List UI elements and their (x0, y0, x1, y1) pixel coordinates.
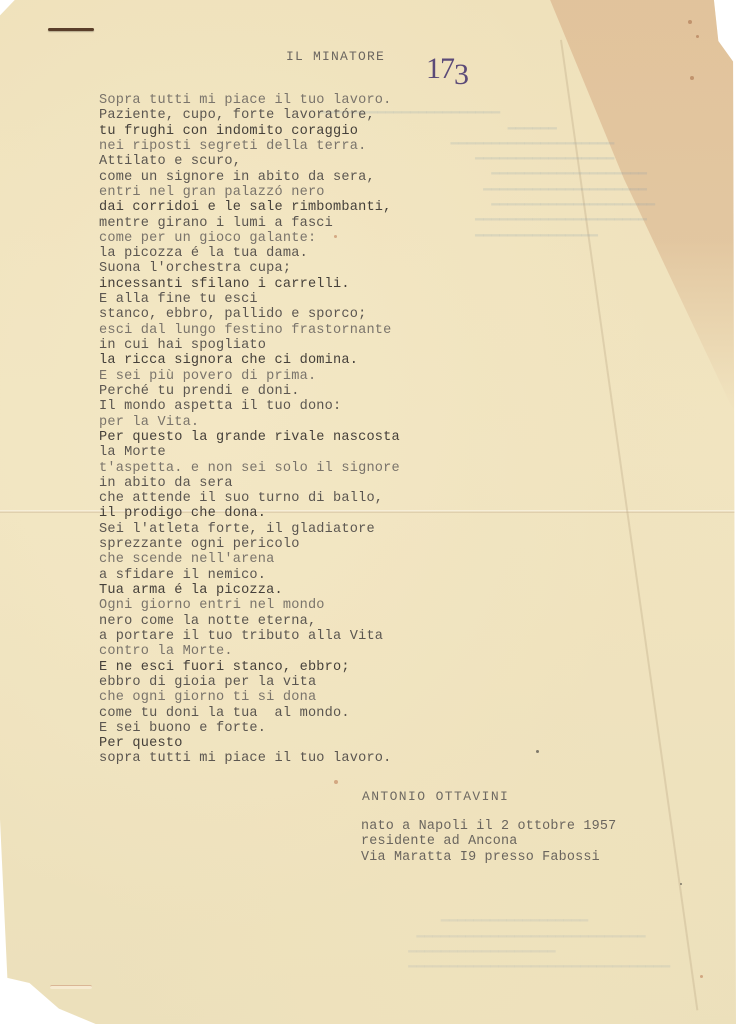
poem-line: Tua arma é la picozza. (99, 583, 400, 598)
stain-speck (696, 35, 699, 38)
poem-line: a portare il tuo tributo alla Vita (99, 629, 400, 644)
water-stain (520, 0, 736, 410)
ink-speck (334, 235, 337, 238)
poem-line: per la Vita. (99, 415, 400, 430)
poem-line: E sei buono e forte. (99, 721, 400, 736)
poem-line: Il mondo aspetta il tuo dono: (99, 399, 400, 414)
staple-mark-top (48, 28, 94, 31)
page-number-digits: 173 (426, 52, 468, 91)
poem-line: Attilato e scuro, (99, 154, 400, 169)
poem-line: come tu doni la tua al mondo. (99, 706, 400, 721)
poem-line: che ogni giorno ti si dona (99, 690, 400, 705)
page-number-stamp: 173 (426, 52, 468, 86)
poem-line: ebbro di gioia per la vita (99, 675, 400, 690)
ink-speck (700, 975, 703, 978)
poem-line: esci dal lungo festino frastornante (99, 323, 400, 338)
poem-line: Per questo (99, 736, 400, 751)
poem-line: nei riposti segreti della terra. (99, 139, 400, 154)
poem-line: Sei l'atleta forte, il gladiatore (99, 522, 400, 537)
poem-line: Ogni giorno entri nel mondo (99, 598, 400, 613)
poem-line: sprezzante ogni pericolo (99, 537, 400, 552)
poem-line: la ricca signora che ci domina. (99, 353, 400, 368)
poem-line: E alla fine tu esci (99, 292, 400, 307)
ink-speck (334, 780, 338, 784)
poem-line: che scende nell'arena (99, 552, 400, 567)
poem-line: a sfidare il nemico. (99, 568, 400, 583)
poem-line: E sei più povero di prima. (99, 369, 400, 384)
poem-line: la picozza é la tua dama. (99, 246, 400, 261)
bleed-through-text: ━━━━━━━━━━━━━━━━━━ ━━━━━━━━━━━━━━━━━━━━━… (400, 900, 670, 976)
poem-line: incessanti sfilano i carrelli. (99, 277, 400, 292)
author-detail-line: Via Maratta I9 presso Fabossi (361, 850, 616, 865)
poem-line: Per questo la grande rivale nascosta (99, 430, 400, 445)
poem-body: Sopra tutti mi piace il tuo lavoro.Pazie… (99, 93, 400, 767)
poem-line: E ne esci fuori stanco, ebbro; (99, 660, 400, 675)
author-detail-line: residente ad Ancona (361, 834, 616, 849)
stain-speck (688, 20, 692, 24)
poem-line: tu frughi con indomito coraggio (99, 124, 400, 139)
poem-line: come per un gioco galante: (99, 231, 400, 246)
poem-line: stanco, ebbro, pallido e sporco; (99, 307, 400, 322)
poem-line: in cui hai spogliato (99, 338, 400, 353)
stain-speck (690, 76, 694, 80)
poem-line: in abito da sera (99, 476, 400, 491)
poem-line: Paziente, cupo, forte lavoratóre, (99, 108, 400, 123)
author-details: nato a Napoli il 2 ottobre 1957residente… (361, 819, 616, 865)
poem-line: Sopra tutti mi piace il tuo lavoro. (99, 93, 400, 108)
ink-speck (536, 750, 539, 753)
poem-line: mentre girano i lumi a fasci (99, 216, 400, 231)
poem-line: la Morte (99, 445, 400, 460)
poem-line: entri nel gran palazzó nero (99, 185, 400, 200)
poem-line: contro la Morte. (99, 644, 400, 659)
poem-line: che attende il suo turno di ballo, (99, 491, 400, 506)
poem-line: dai corridoi e le sale rimbombanti, (99, 200, 400, 215)
poem-line: nero come la notte eterna, (99, 614, 400, 629)
poem-line: Perché tu prendi e doni. (99, 384, 400, 399)
poem-title: IL MINATORE (286, 49, 385, 64)
ink-speck (680, 883, 682, 885)
poem-line: t'aspetta. e non sei solo il signore (99, 461, 400, 476)
poem-line: sopra tutti mi piace il tuo lavoro. (99, 751, 400, 766)
typescript-page: ━━━━━━━━━━━━━━━━━━━━━━ ━━━━━━ ━━━━━━━━━━… (0, 0, 736, 1024)
poem-line: come un signore in abito da sera, (99, 170, 400, 185)
author-name: ANTONIO OTTAVINI (362, 789, 509, 804)
author-detail-line: nato a Napoli il 2 ottobre 1957 (361, 819, 616, 834)
poem-line: il prodigo che dona. (99, 506, 400, 521)
poem-line: Suona l'orchestra cupa; (99, 261, 400, 276)
staple-mark-bottom (50, 985, 92, 989)
